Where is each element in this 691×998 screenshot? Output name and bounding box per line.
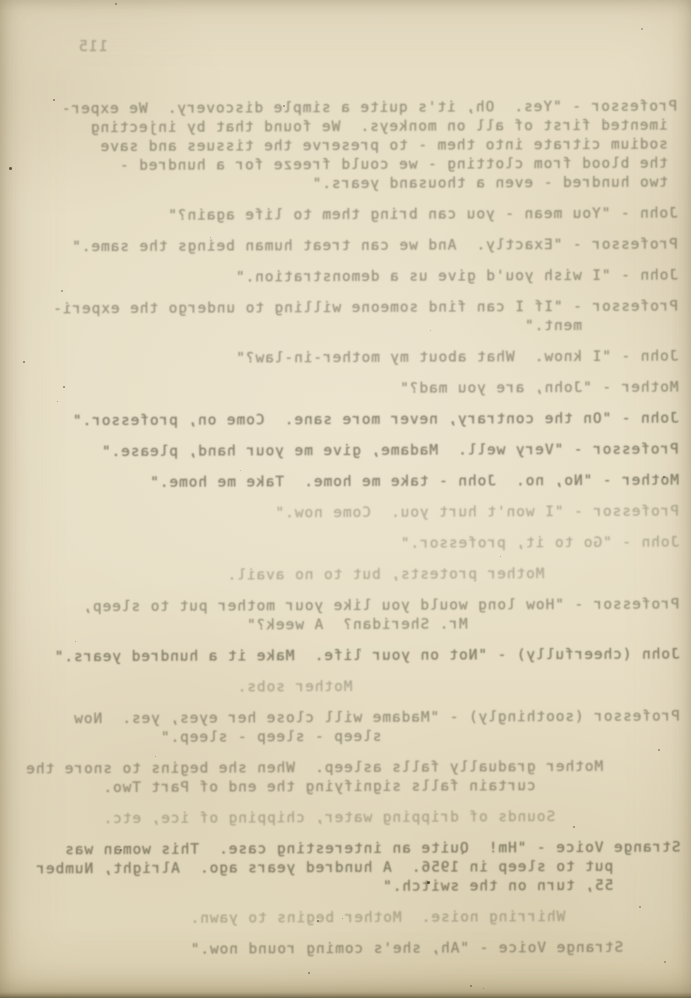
script-paragraph: John - "You mean - you can bring them to… — [32, 205, 678, 227]
script-paragraph: Professor - "Very well. Madame, give me … — [33, 441, 679, 463]
script-paragraph: Mother - "No, no. John - take me home. T… — [33, 472, 679, 494]
script-paragraph: Professor - "Yes. Oh, it's quite a simpl… — [31, 98, 677, 196]
script-paragraph: Strange Voice - "Ah, she's coming round … — [35, 939, 681, 961]
script-paragraph: Mother gradually falls asleep. When she … — [34, 758, 680, 799]
script-paragraph: John - "I wish you'd give us a demonstra… — [32, 267, 678, 289]
script-paragraph: Mother - "John, are you mad?" — [32, 379, 678, 401]
script-paragraph: Whirring noise. Mother begins to yawn. — [35, 908, 681, 930]
script-paragraph: Professor - "If I can find someone willi… — [32, 298, 678, 339]
scanned-typescript-page: 115 Professor - "Yes. Oh, it's quite a s… — [0, 0, 691, 998]
script-paragraph: Sounds of dripping water, chipping of ic… — [34, 808, 680, 830]
script-paragraph: Professor - "Exactly. And we can treat h… — [32, 236, 678, 258]
typescript-text: Professor - "Yes. Oh, it's quite a simpl… — [31, 98, 681, 973]
script-paragraph: Professor - "How long would you like you… — [33, 596, 679, 637]
script-paragraph: John - "On the contrary, never more sane… — [33, 410, 679, 432]
script-paragraph: Strange Voice - "Hm! Quite an interestin… — [34, 839, 680, 899]
script-paragraph: Mother protests, but to no avail. — [33, 565, 679, 587]
script-paragraph: John - "I know. What about my mother-in-… — [32, 348, 678, 370]
script-paragraph: Mother sobs. — [34, 677, 680, 699]
mirrored-text-layer: 115 Professor - "Yes. Oh, it's quite a s… — [0, 0, 691, 998]
script-paragraph: Professor (soothingly) - "Madame will cl… — [34, 708, 680, 749]
script-paragraph: John (cheerfully) - "Not on your life. M… — [34, 646, 680, 668]
page-number: 115 — [78, 37, 108, 55]
script-paragraph: John - "Go to it, professor." — [33, 534, 679, 556]
script-paragraph: Professor - "I won't hurt you. Come now.… — [33, 503, 679, 525]
